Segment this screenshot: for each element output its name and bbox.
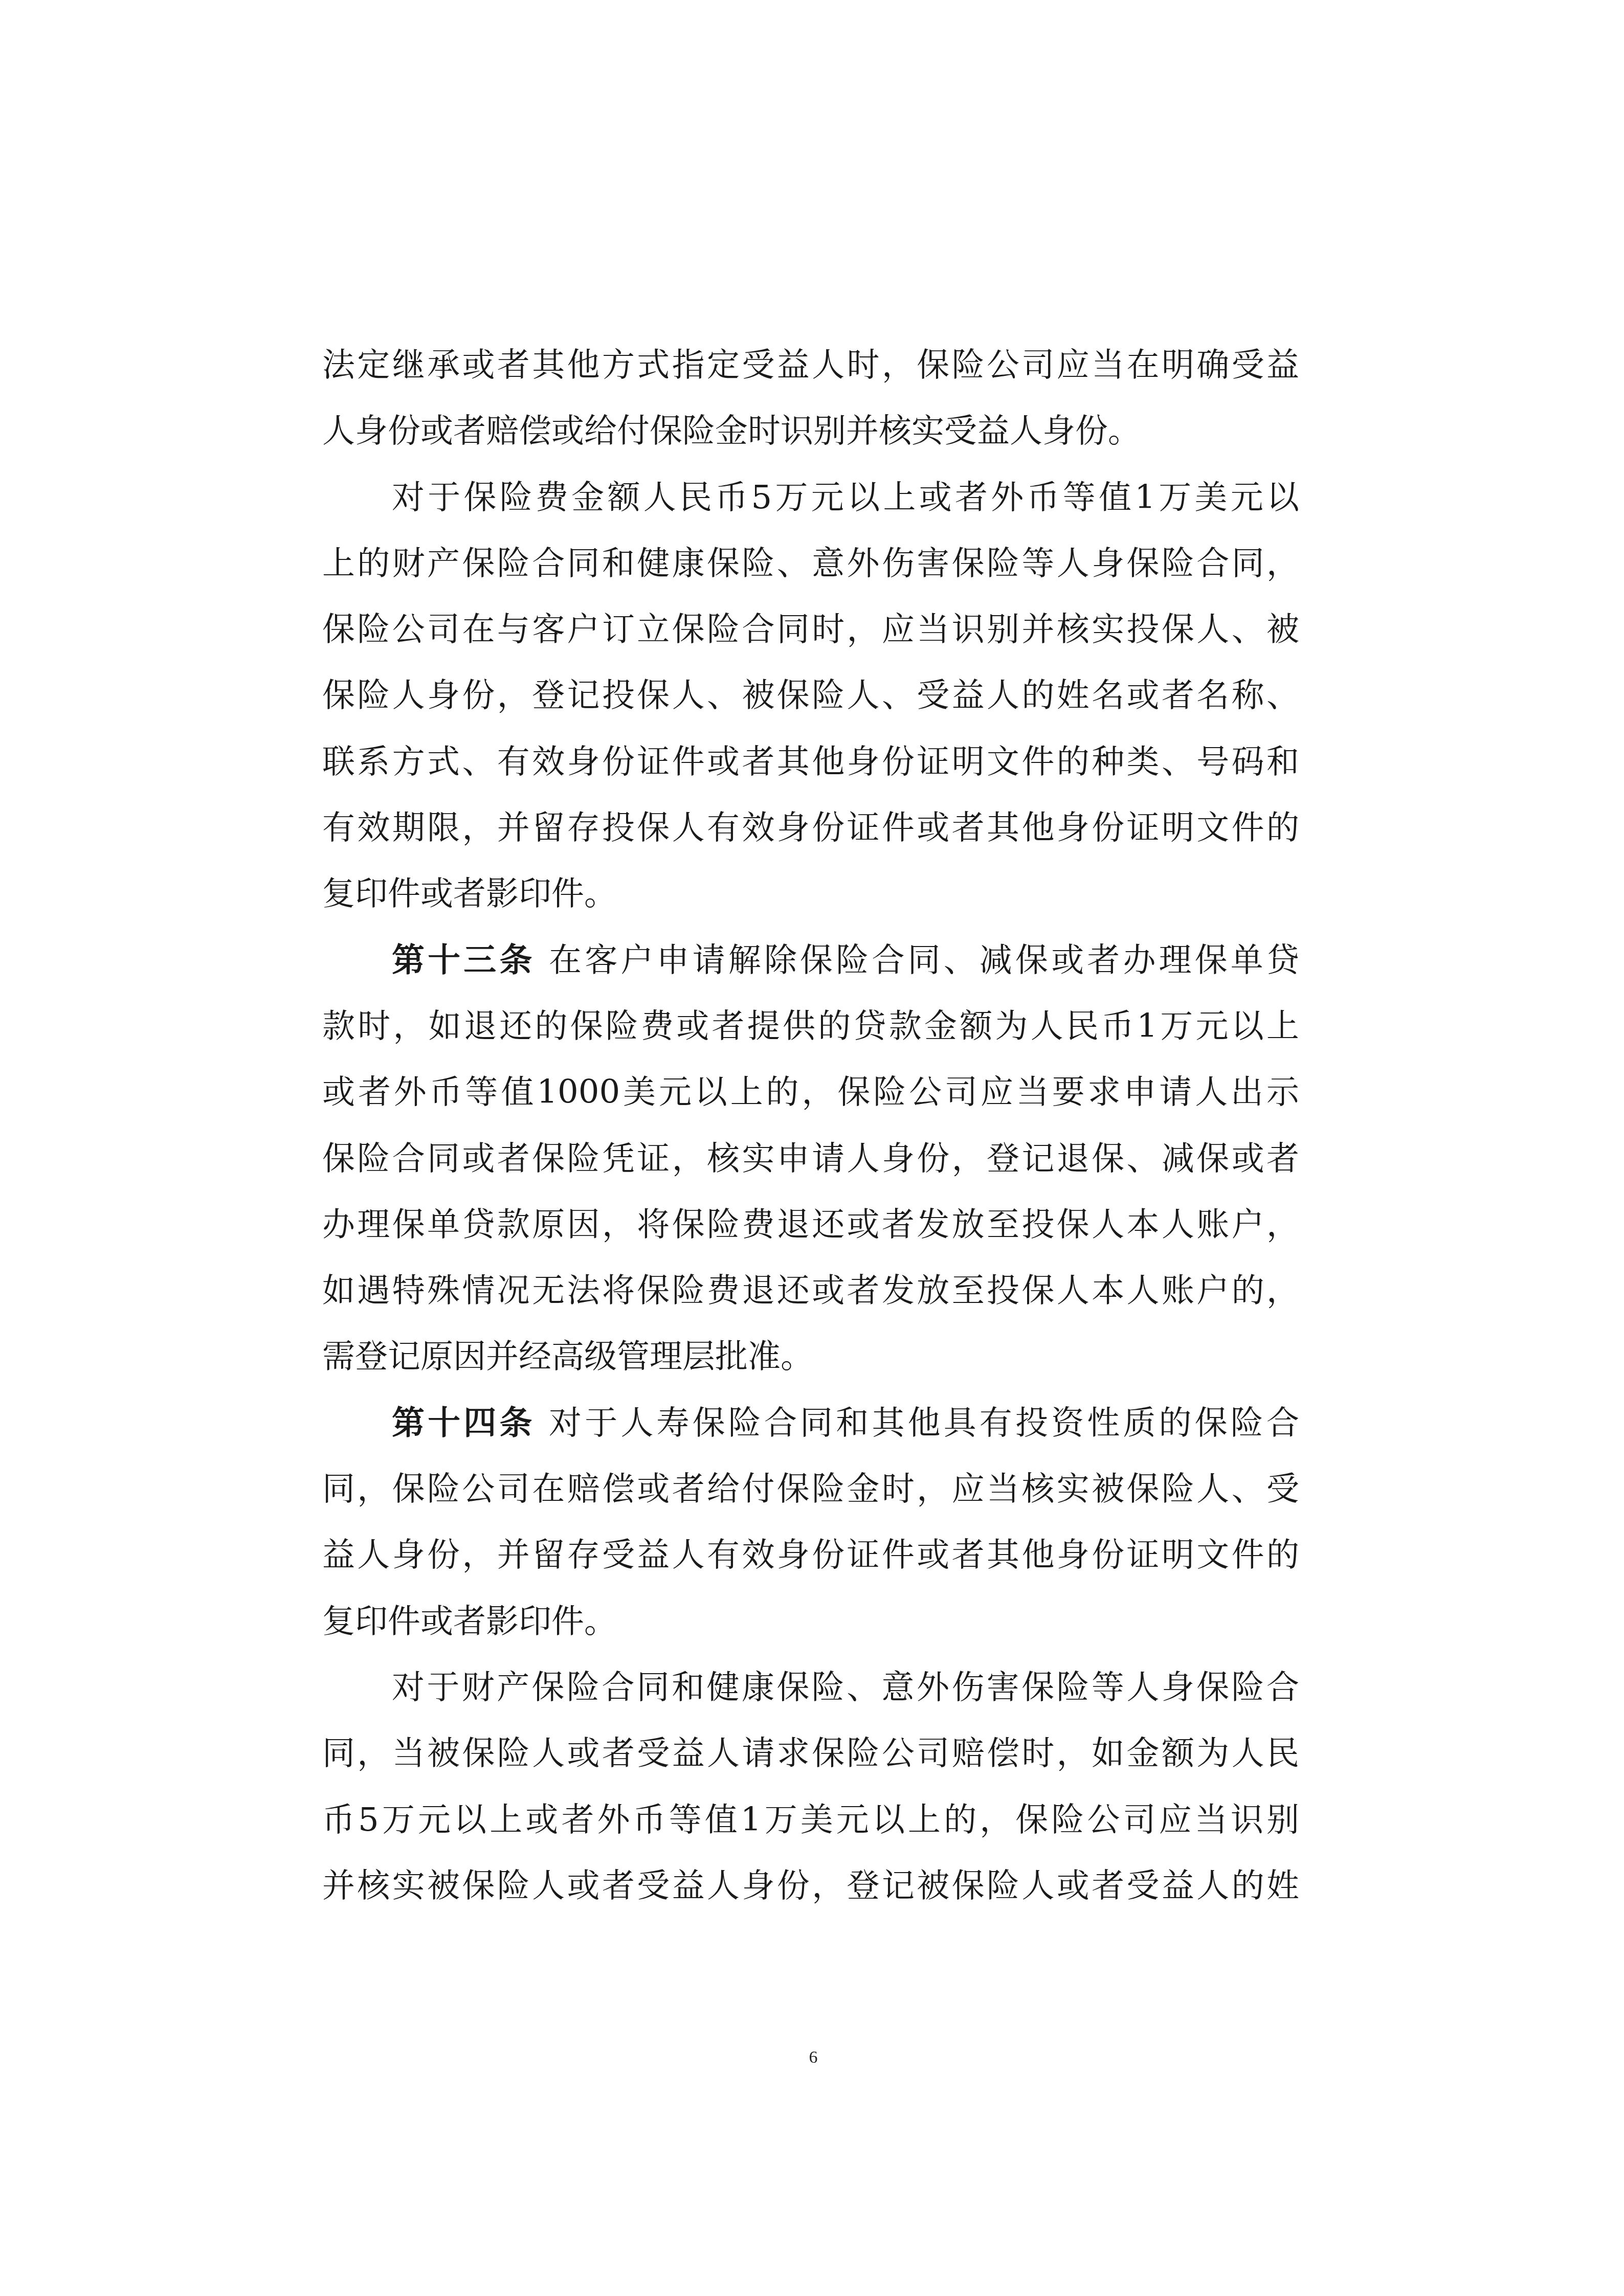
text-line: 办理保单贷款原因，将保险费退还或者发放至投保人本人账户，: [322, 1192, 1299, 1258]
article-14-first-line: 第十四条 对于人寿保险合同和其他具有投资性质的保险合: [322, 1390, 1299, 1456]
text-line: 对于保险费金额人民币5万元以上或者外币等值1万美元以: [322, 465, 1299, 531]
text-line: 款时，如退还的保险费或者提供的贷款金额为人民币1万元以上: [322, 994, 1299, 1060]
article-13-label: 第十三条: [392, 941, 536, 979]
text-line: 益人身份，并留存受益人有效身份证件或者其他身份证明文件的: [322, 1522, 1299, 1588]
text-line: 法定继承或者其他方式指定受益人时，保险公司应当在明确受益: [322, 332, 1299, 398]
text-line: 如遇特殊情况无法将保险费退还或者发放至投保人本人账户的，: [322, 1258, 1299, 1324]
text-line: 币5万元以上或者外币等值1万美元以上的，保险公司应当识别: [322, 1787, 1299, 1853]
document-page: 法定继承或者其他方式指定受益人时，保险公司应当在明确受益 人身份或者赔偿或给付保…: [0, 0, 1624, 2296]
text-line: 保险合同或者保险凭证，核实申请人身份，登记退保、减保或者: [322, 1126, 1299, 1192]
text-line: 保险公司在与客户订立保险合同时，应当识别并核实投保人、被: [322, 597, 1299, 663]
text-span: 对于人寿保险合同和其他具有投资性质的保险合: [549, 1404, 1299, 1442]
text-line: 并核实被保险人或者受益人身份，登记被保险人或者受益人的姓: [322, 1853, 1299, 1919]
article-14-label: 第十四条: [392, 1404, 536, 1442]
text-line: 同，保险公司在赔偿或者给付保险金时，应当核实被保险人、受: [322, 1456, 1299, 1522]
text-line: 联系方式、有效身份证件或者其他身份证明文件的种类、号码和: [322, 729, 1299, 795]
page-number: 6: [798, 2048, 829, 2067]
text-line: 或者外币等值1000美元以上的，保险公司应当要求申请人出示: [322, 1060, 1299, 1126]
text-line: 需登记原因并经高级管理层批准。: [322, 1324, 1299, 1390]
text-line: 复印件或者影印件。: [322, 861, 1299, 927]
text-line: 对于财产保险合同和健康保险、意外伤害保险等人身保险合: [322, 1655, 1299, 1721]
text-line: 保险人身份，登记投保人、被保险人、受益人的姓名或者名称、: [322, 663, 1299, 729]
body-text: 法定继承或者其他方式指定受益人时，保险公司应当在明确受益 人身份或者赔偿或给付保…: [322, 332, 1299, 1919]
text-line: 上的财产保险合同和健康保险、意外伤害保险等人身保险合同，: [322, 531, 1299, 597]
text-span: 在客户申请解除保险合同、减保或者办理保单贷: [549, 941, 1299, 979]
text-line: 复印件或者影印件。: [322, 1589, 1299, 1655]
text-line: 同，当被保险人或者受益人请求保险公司赔偿时，如金额为人民: [322, 1721, 1299, 1787]
text-line: 有效期限，并留存投保人有效身份证件或者其他身份证明文件的: [322, 795, 1299, 861]
article-13-first-line: 第十三条 在客户申请解除保险合同、减保或者办理保单贷: [322, 928, 1299, 994]
text-line: 人身份或者赔偿或给付保险金时识别并核实受益人身份。: [322, 398, 1299, 464]
